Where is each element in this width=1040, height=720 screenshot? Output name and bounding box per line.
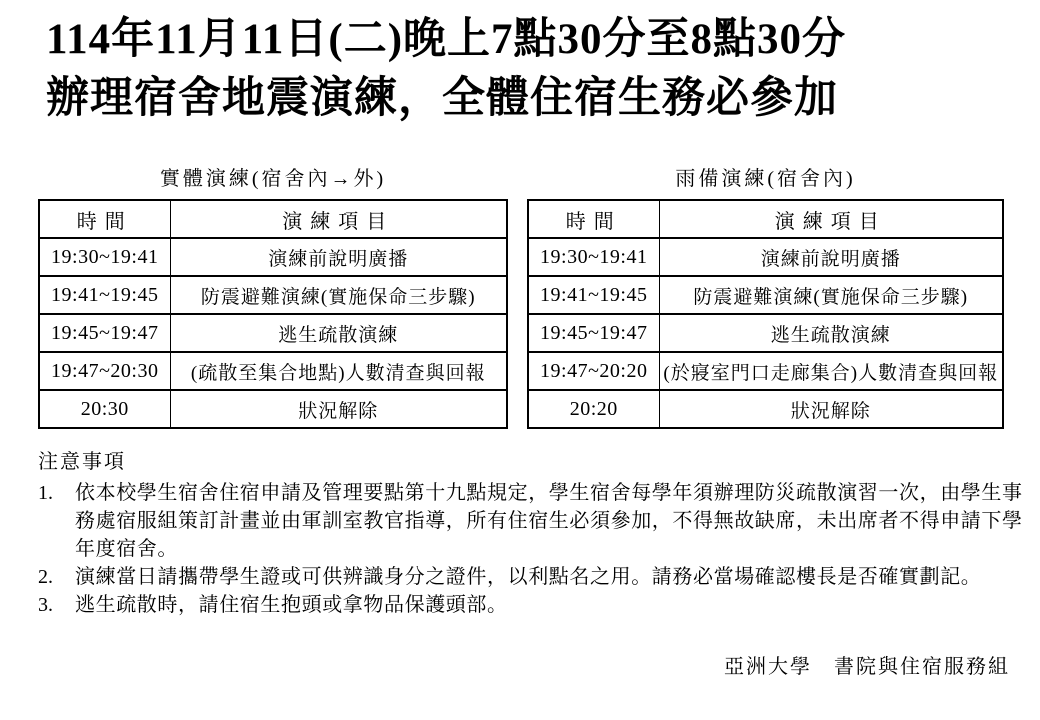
- physical-drill-table: 時間 演練項目 19:30~19:41 演練前說明廣播 19:41~19:45 …: [38, 199, 508, 429]
- note-text: 逃生疏散時，請住宿生抱頭或拿物品保護頭部。: [75, 591, 1028, 619]
- activity-cell: 防震避難演練(實施保命三步驟): [659, 276, 1003, 314]
- rain-backup-drill-caption: 雨備演練(宿舍內): [527, 164, 1004, 199]
- table-row: 19:47~20:20 (於寢室門口走廊集合)人數清查與回報: [528, 352, 1003, 390]
- activity-cell: 狀況解除: [170, 390, 507, 428]
- time-cell: 19:41~19:45: [39, 276, 170, 314]
- time-cell: 19:45~19:47: [528, 314, 659, 352]
- table-row: 20:30 狀況解除: [39, 390, 507, 428]
- table-header-row: 時間 演練項目: [528, 200, 1003, 238]
- notes-list: 1. 依本校學生宿舍住宿申請及管理要點第十九點規定，學生宿舍每學年須辦理防災疏散…: [38, 479, 1028, 619]
- time-cell: 19:47~20:20: [528, 352, 659, 390]
- rain-backup-drill-table: 時間 演練項目 19:30~19:41 演練前說明廣播 19:41~19:45 …: [527, 199, 1004, 429]
- time-cell: 20:30: [39, 390, 170, 428]
- activity-cell: 演練前說明廣播: [659, 238, 1003, 276]
- time-cell: 19:41~19:45: [528, 276, 659, 314]
- activity-cell: 逃生疏散演練: [659, 314, 1003, 352]
- table-row: 19:30~19:41 演練前說明廣播: [39, 238, 507, 276]
- time-column-header: 時間: [39, 200, 170, 238]
- time-cell: 19:45~19:47: [39, 314, 170, 352]
- physical-drill-section: 實體演練(宿舍內→外) 時間 演練項目 19:30~19:41 演練前說明廣播 …: [38, 164, 508, 429]
- page-title-line1: 114年11月11日(二)晚上7點30分至8點30分: [46, 10, 1016, 69]
- activity-cell: 逃生疏散演練: [170, 314, 507, 352]
- list-item: 2. 演練當日請攜帶學生證或可供辨識身分之證件，以利點名之用。請務必當場確認樓長…: [38, 563, 1028, 591]
- activity-cell: 演練前說明廣播: [170, 238, 507, 276]
- note-text: 依本校學生宿舍住宿申請及管理要點第十九點規定，學生宿舍每學年須辦理防災疏散演習一…: [75, 479, 1028, 563]
- activity-cell: (疏散至集合地點)人數清查與回報: [170, 352, 507, 390]
- note-number: 2.: [38, 563, 75, 591]
- notes-section: 注意事項 1. 依本校學生宿舍住宿申請及管理要點第十九點規定，學生宿舍每學年須辦…: [38, 448, 1028, 619]
- table-row: 19:47~20:30 (疏散至集合地點)人數清查與回報: [39, 352, 507, 390]
- time-cell: 19:47~20:30: [39, 352, 170, 390]
- table-row: 19:41~19:45 防震避難演練(實施保命三步驟): [39, 276, 507, 314]
- activity-column-header: 演練項目: [659, 200, 1003, 238]
- physical-drill-caption: 實體演練(宿舍內→外): [38, 164, 508, 199]
- signature: 亞洲大學 書院與住宿服務組: [724, 650, 1010, 679]
- activity-column-header: 演練項目: [170, 200, 507, 238]
- note-number: 3.: [38, 591, 75, 619]
- rain-backup-drill-section: 雨備演練(宿舍內) 時間 演練項目 19:30~19:41 演練前說明廣播 19…: [527, 164, 1004, 429]
- time-cell: 19:30~19:41: [528, 238, 659, 276]
- time-column-header: 時間: [528, 200, 659, 238]
- activity-cell: 防震避難演練(實施保命三步驟): [170, 276, 507, 314]
- table-row: 19:30~19:41 演練前說明廣播: [528, 238, 1003, 276]
- page-title-line2: 辦理宿舍地震演練，全體住宿生務必參加: [46, 69, 1016, 128]
- table-header-row: 時間 演練項目: [39, 200, 507, 238]
- announcement-page: 114年11月11日(二)晚上7點30分至8點30分 辦理宿舍地震演練，全體住宿…: [0, 0, 1040, 720]
- list-item: 1. 依本校學生宿舍住宿申請及管理要點第十九點規定，學生宿舍每學年須辦理防災疏散…: [38, 479, 1028, 563]
- notes-heading: 注意事項: [38, 448, 1028, 476]
- note-text: 演練當日請攜帶學生證或可供辨識身分之證件，以利點名之用。請務必當場確認樓長是否確…: [75, 563, 1028, 591]
- page-title: 114年11月11日(二)晚上7點30分至8點30分 辦理宿舍地震演練，全體住宿…: [46, 10, 1016, 128]
- table-row: 19:45~19:47 逃生疏散演練: [39, 314, 507, 352]
- activity-cell: 狀況解除: [659, 390, 1003, 428]
- time-cell: 19:30~19:41: [39, 238, 170, 276]
- time-cell: 20:20: [528, 390, 659, 428]
- note-number: 1.: [38, 479, 75, 563]
- table-row: 19:45~19:47 逃生疏散演練: [528, 314, 1003, 352]
- table-row: 19:41~19:45 防震避難演練(實施保命三步驟): [528, 276, 1003, 314]
- list-item: 3. 逃生疏散時，請住宿生抱頭或拿物品保護頭部。: [38, 591, 1028, 619]
- table-row: 20:20 狀況解除: [528, 390, 1003, 428]
- activity-cell: (於寢室門口走廊集合)人數清查與回報: [659, 352, 1003, 390]
